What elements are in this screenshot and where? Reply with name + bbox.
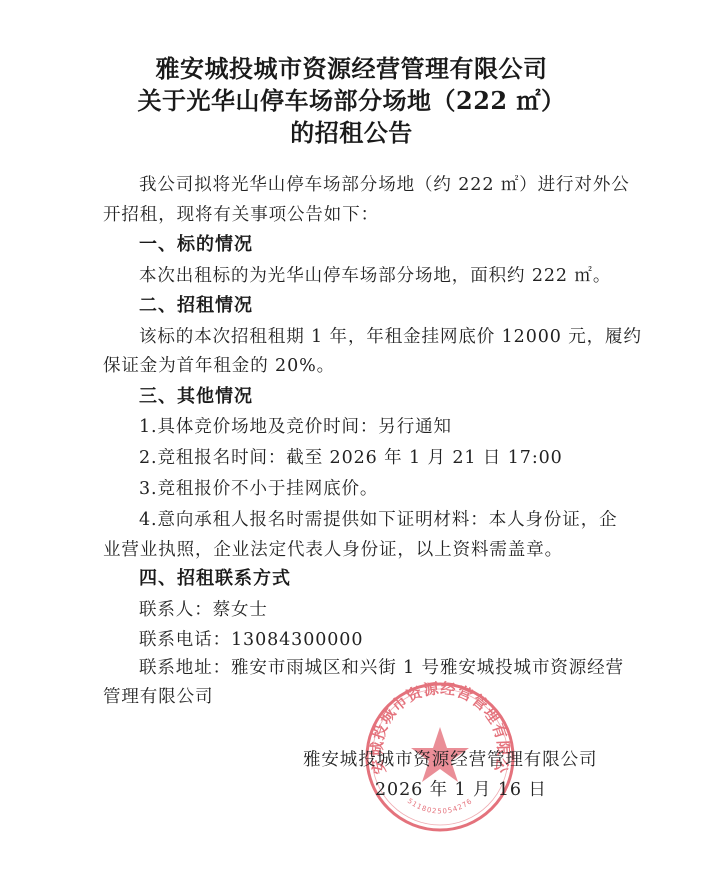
contact-address-cont: 管理有限公司 <box>103 685 213 709</box>
section-4-heading: 四、招租联系方式 <box>139 567 291 591</box>
section-3-item-2: 2.竞租报名时间：截至 2026 年 1 月 21 日 17:00 <box>139 446 563 470</box>
intro-line-1: 我公司拟将光华山停车场部分场地（约 222 ㎡）进行对外公 <box>139 173 630 197</box>
contact-person: 联系人：蔡女士 <box>139 598 268 622</box>
section-1-line-1: 本次出租标的为光华山停车场部分场地，面积约 222 ㎡。 <box>139 264 611 288</box>
title-line-1: 雅安城投城市资源经营管理有限公司 <box>0 53 703 85</box>
section-3-item-4-cont: 业营业执照，企业法定代表人身份证，以上资料需盖章。 <box>103 538 563 562</box>
announcement-page: 雅安城投城市资源经营管理有限公司 关于光华山停车场部分场地（222 ㎡） 的招租… <box>0 0 703 883</box>
signature-date: 2026 年 1 月 16 日 <box>375 778 547 802</box>
section-1-heading: 一、标的情况 <box>139 233 253 257</box>
contact-address: 联系地址：雅安市雨城区和兴街 1 号雅安城投城市资源经营 <box>139 656 624 680</box>
title-line-3: 的招租公告 <box>0 117 703 149</box>
section-3-item-4: 4.意向承租人报名时需提供如下证明材料：本人身份证，企 <box>139 508 618 532</box>
section-2-heading: 二、招租情况 <box>139 294 253 318</box>
section-3-heading: 三、其他情况 <box>139 385 253 409</box>
section-2-line-2: 保证金为首年租金的 20%。 <box>103 354 335 378</box>
section-3-item-1: 1.具体竞价场地及竞价时间：另行通知 <box>139 415 452 439</box>
signature-company: 雅安城投城市资源经营管理有限公司 <box>303 748 597 772</box>
section-2-line-1: 该标的本次招租租期 1 年，年租金挂网底价 12000 元，履约 <box>139 325 642 349</box>
intro-line-2: 开招租，现将有关事项公告如下： <box>103 203 379 227</box>
contact-phone: 联系电话：13084300000 <box>139 628 363 652</box>
title-line-2: 关于光华山停车场部分场地（222 ㎡） <box>0 85 703 117</box>
section-3-item-3: 3.竞租报价不小于挂网底价。 <box>139 477 378 501</box>
